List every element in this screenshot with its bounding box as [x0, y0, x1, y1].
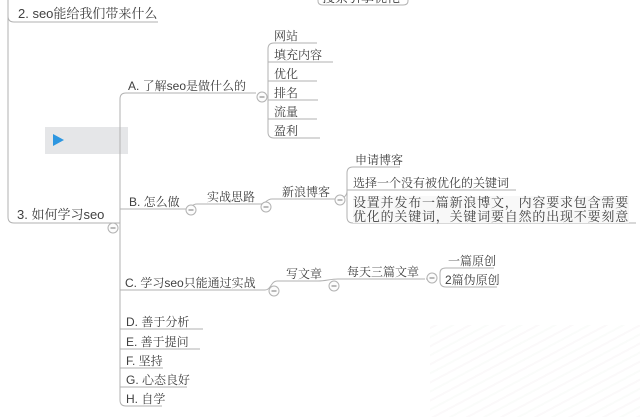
c-output-pseudo-original[interactable]: 2篇伪原创	[445, 273, 500, 287]
root-branch-line	[8, 0, 158, 223]
a-child-fill-content[interactable]: 填充内容	[274, 48, 322, 62]
collapse-circle[interactable]	[186, 205, 196, 215]
b-task-apply-blog[interactable]: 申请博客	[355, 153, 403, 167]
node-2[interactable]: 2. seo能给我们带来什么	[18, 6, 157, 21]
branch-h-label[interactable]: H. 自学	[126, 392, 165, 406]
collapse-circle[interactable]	[261, 202, 271, 212]
collapse-circle[interactable]	[257, 92, 267, 102]
a-child-profit[interactable]: 盈利	[274, 124, 298, 138]
top-node-clipped[interactable]: 搜索引擎优化	[322, 0, 400, 5]
collapse-button-b-step1[interactable]	[261, 202, 271, 212]
branch-f-label[interactable]: F. 坚持	[126, 354, 163, 368]
b-task-publish-post[interactable]: 设置并发布一篇新浪博文，内容要求包含需要 优化的关键词，关键词要自然的出现不要刻…	[353, 196, 629, 223]
collapse-circle[interactable]	[427, 273, 437, 283]
branch-g-label[interactable]: G. 心态良好	[126, 373, 190, 387]
branch-c-label[interactable]: C. 学习seo只能通过实战	[125, 276, 256, 290]
watermark	[430, 325, 640, 417]
video-player-overlay[interactable]	[45, 127, 128, 154]
collapse-button-c-step1[interactable]	[329, 281, 339, 291]
c-output-original[interactable]: 一篇原创	[448, 254, 496, 268]
collapse-button-branch-a[interactable]	[257, 92, 267, 102]
collapse-button-b-step2[interactable]	[335, 195, 345, 205]
mindmap-canvas: 搜索引擎优化 2. seo能给我们带来什么 3. 如何学习seo A. 了解se…	[0, 0, 640, 417]
branch-d-label[interactable]: D. 善于分析	[126, 315, 189, 329]
collapse-circle[interactable]	[329, 281, 339, 291]
c-step1-write-articles[interactable]: 写文章	[286, 267, 322, 281]
b-step1-practical-approach[interactable]: 实战思路	[207, 190, 255, 204]
collapse-button-node3[interactable]	[108, 223, 118, 233]
a-child-ranking[interactable]: 排名	[274, 86, 298, 100]
collapse-circle[interactable]	[108, 223, 118, 233]
b-task-choose-keyword[interactable]: 选择一个没有被优化的关键词	[353, 176, 509, 190]
node-3[interactable]: 3. 如何学习seo	[17, 207, 104, 222]
a-child-traffic[interactable]: 流量	[274, 105, 298, 119]
branch-a-label[interactable]: A. 了解seo是做什么的	[128, 79, 246, 93]
c-step2-three-articles-daily[interactable]: 每天三篇文章	[347, 265, 419, 279]
collapse-circle[interactable]	[335, 195, 345, 205]
b-step2-sina-blog[interactable]: 新浪博客	[282, 185, 330, 199]
branch-e-label[interactable]: E. 善于提问	[126, 335, 189, 349]
a-child-optimize[interactable]: 优化	[274, 67, 298, 81]
collapse-button-branch-b[interactable]	[186, 205, 196, 215]
branch-b-label[interactable]: B. 怎么做	[129, 195, 180, 209]
b-task-publish-post-line2: 优化的关键词，关键词要自然的出现不要刻意	[353, 210, 629, 224]
collapse-button-c-step2[interactable]	[427, 273, 437, 283]
b-task-publish-post-line1: 设置并发布一篇新浪博文，内容要求包含需要	[353, 196, 629, 210]
a-child-website[interactable]: 网站	[274, 29, 298, 43]
collapse-button-branch-c[interactable]	[269, 286, 279, 296]
play-icon[interactable]	[53, 134, 64, 146]
collapse-circle[interactable]	[269, 286, 279, 296]
